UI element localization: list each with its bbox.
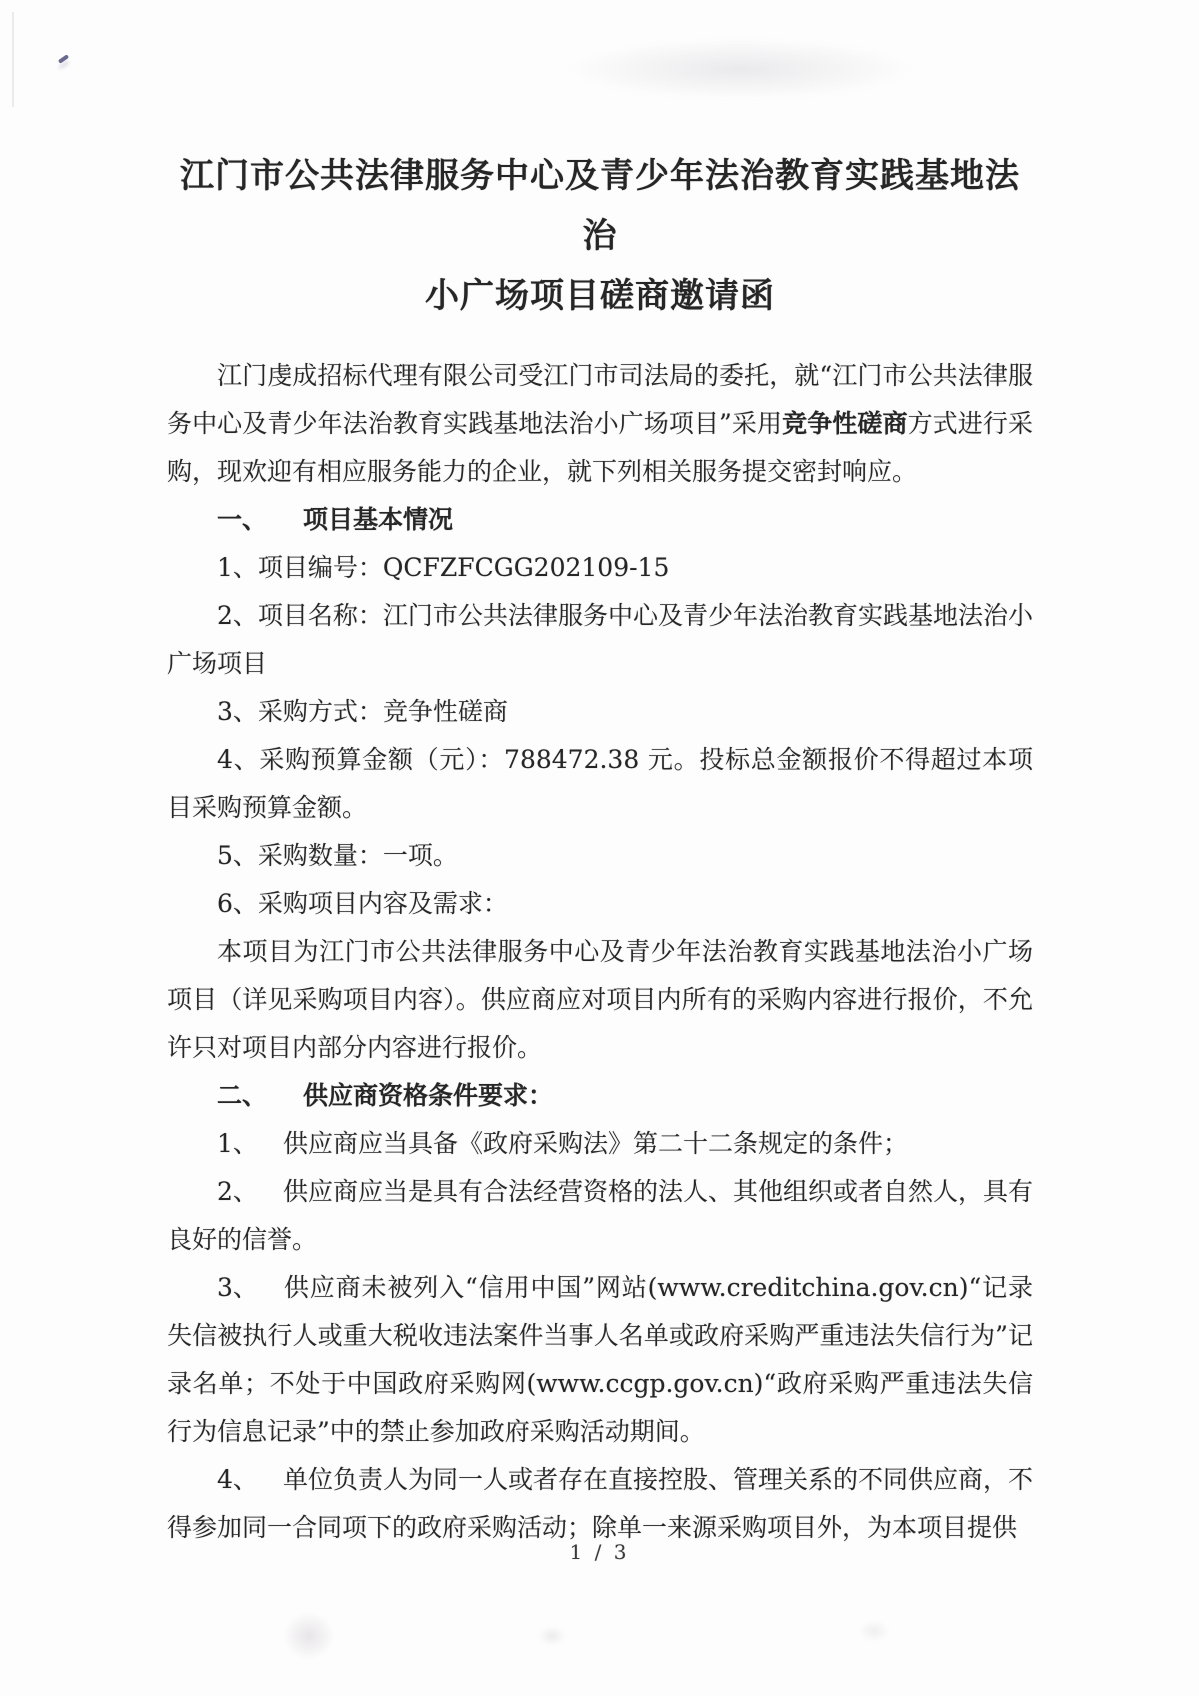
- item-number: 2、: [217, 1168, 283, 1216]
- section-1-item-3: 3、采购方式：竞争性磋商: [167, 688, 1033, 736]
- document-page: 江门市公共法律服务中心及青少年法治教育实践基地法治 小广场项目磋商邀请函 江门虔…: [0, 0, 1199, 1696]
- section-2-number: 二、: [217, 1072, 303, 1120]
- item-text: 供应商未被列入“信用中国”网站(www.creditchina.gov.cn)“…: [167, 1273, 1033, 1446]
- item-text: 单位负责人为同一人或者存在直接控股、管理关系的不同供应商，不得参加同一合同项下的…: [167, 1465, 1033, 1542]
- section-2-heading: 二、供应商资格条件要求：: [167, 1072, 1033, 1120]
- section-1-item-5: 5、采购数量：一项。: [167, 832, 1033, 880]
- item-text: 供应商应当是具有合法经营资格的法人、其他组织或者自然人，具有良好的信誉。: [167, 1177, 1033, 1254]
- section-1-number: 一、: [217, 496, 303, 544]
- scan-smudge-bottom-1: [283, 1612, 335, 1660]
- pen-mark-artifact: [58, 54, 69, 64]
- scan-smudge-bottom-3: [858, 1620, 890, 1642]
- item-number: 4、: [217, 1456, 283, 1504]
- section-1-item-6: 6、采购项目内容及需求：: [167, 880, 1033, 928]
- section-2-title: 供应商资格条件要求：: [303, 1081, 553, 1110]
- item-text: 供应商应当具备《政府采购法》第二十二条规定的条件；: [283, 1129, 908, 1158]
- section-1-item-1: 1、项目编号：QCFZFCGG202109-15: [167, 544, 1033, 592]
- section-1-item-4: 4、采购预算金额（元）：788472.38 元。投标总金额报价不得超过本项目采购…: [167, 736, 1033, 832]
- section-2-item-4: 4、单位负责人为同一人或者存在直接控股、管理关系的不同供应商，不得参加同一合同项…: [167, 1456, 1033, 1552]
- section-1-note: 本项目为江门市公共法律服务中心及青少年法治教育实践基地法治小广场项目（详见采购项…: [167, 928, 1033, 1072]
- scan-edge-artifact: [12, 12, 14, 107]
- document-title: 江门市公共法律服务中心及青少年法治教育实践基地法治 小广场项目磋商邀请函: [167, 146, 1033, 326]
- scan-smudge-bottom-2: [538, 1626, 566, 1646]
- section-1-title: 项目基本情况: [303, 505, 453, 534]
- title-line-2: 小广场项目磋商邀请函: [167, 266, 1033, 326]
- section-1-item-2: 2、项目名称：江门市公共法律服务中心及青少年法治教育实践基地法治小广场项目: [167, 592, 1033, 688]
- item-number: 1、: [217, 1120, 283, 1168]
- section-1-heading: 一、项目基本情况: [167, 496, 1033, 544]
- section-2-item-2: 2、供应商应当是具有合法经营资格的法人、其他组织或者自然人，具有良好的信誉。: [167, 1168, 1033, 1264]
- page-number: 1 / 3: [0, 1540, 1199, 1564]
- document-content: 江门市公共法律服务中心及青少年法治教育实践基地法治 小广场项目磋商邀请函 江门虔…: [167, 146, 1033, 1552]
- scan-smudge-top: [565, 38, 915, 100]
- title-line-1: 江门市公共法律服务中心及青少年法治教育实践基地法治: [167, 146, 1033, 266]
- intro-bold-text: 竞争性磋商: [782, 409, 907, 438]
- section-2-item-1: 1、供应商应当具备《政府采购法》第二十二条规定的条件；: [167, 1120, 1033, 1168]
- section-2-item-3: 3、供应商未被列入“信用中国”网站(www.creditchina.gov.cn…: [167, 1264, 1033, 1456]
- item-number: 3、: [217, 1264, 283, 1312]
- intro-paragraph: 江门虔成招标代理有限公司受江门市司法局的委托，就“江门市公共法律服务中心及青少年…: [167, 352, 1033, 496]
